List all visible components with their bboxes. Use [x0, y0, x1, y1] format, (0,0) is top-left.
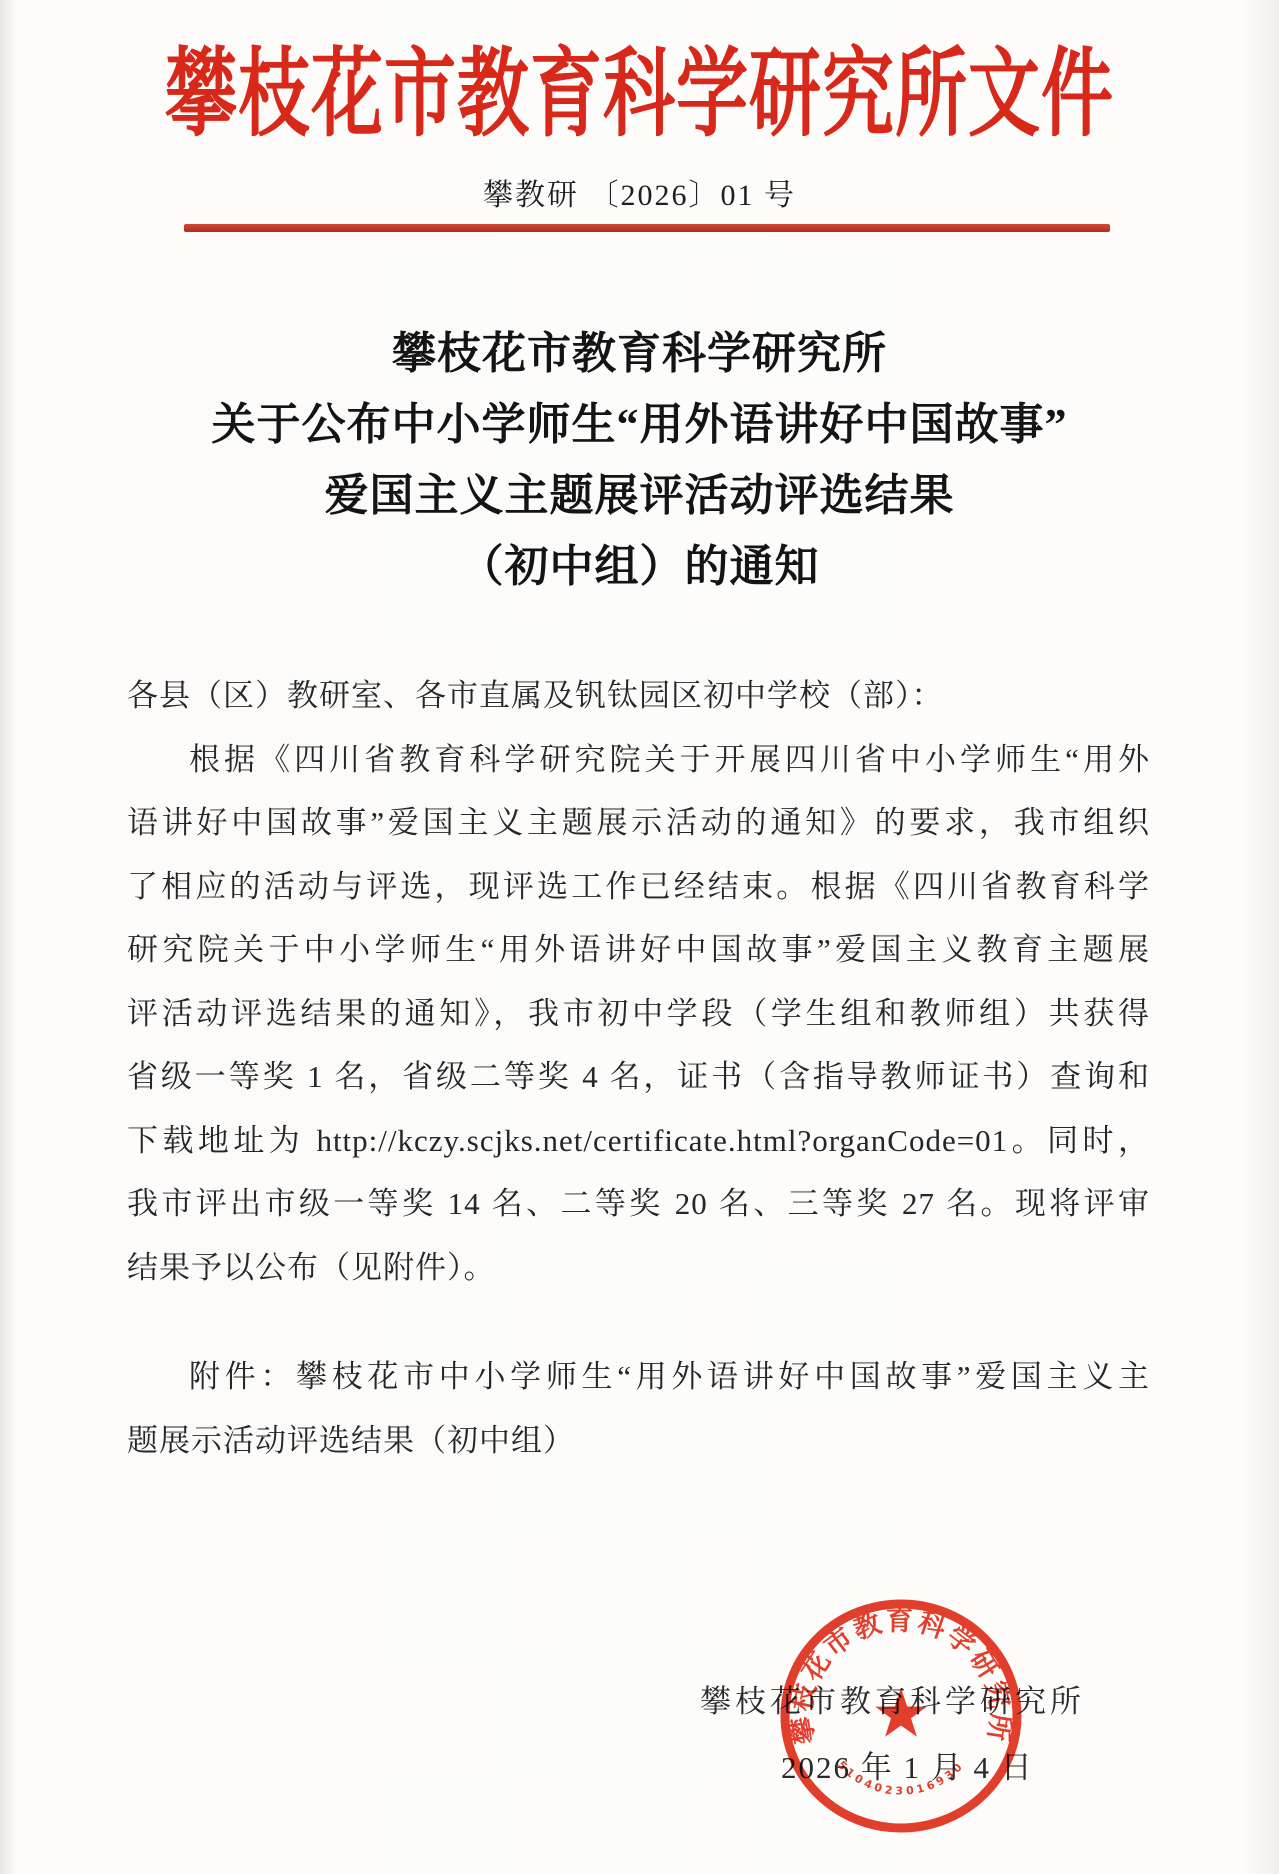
seal-serial-number: 5104023016930 — [835, 1758, 967, 1797]
notice-title-line: 攀枝花市教育科学研究所 — [64, 318, 1215, 389]
paragraph-line: 我市评出市级一等奖 14 名、二等奖 20 名、三等奖 27 名。现将评审 — [127, 1172, 1150, 1236]
document-page: 攀枝花市教育科学研究所文件 攀教研 〔2026〕01 号 攀枝花市教育科学研究所… — [0, 0, 1279, 1874]
salutation: 各县（区）教研室、各市直属及钒钛园区初中学校（部）： — [127, 664, 1150, 728]
paragraph-line: 根据《四川省教育科学研究院关于开展四川省中小学师生“用外 — [127, 728, 1150, 792]
paragraph-line: 省级一等奖 1 名，省级二等奖 4 名，证书（含指导教师证书）查询和 — [127, 1045, 1150, 1109]
notice-title-line: 关于公布中小学师生“用外语讲好中国故事” — [64, 389, 1215, 460]
red-divider-line — [184, 224, 1110, 232]
paragraph-line: 研究院关于中小学师生“用外语讲好中国故事”爱国主义教育主题展 — [127, 918, 1150, 982]
notice-title: 攀枝花市教育科学研究所 关于公布中小学师生“用外语讲好中国故事” 爱国主义主题展… — [64, 318, 1215, 602]
paragraph-line: 评活动评选结果的通知》，我市初中学段（学生组和教师组）共获得 — [127, 982, 1150, 1046]
paragraph-line-url: 下载地址为 http://kczy.scjks.net/certificate.… — [127, 1109, 1150, 1173]
paragraph-line: 了相应的活动与评选，现评选工作已经结束。根据《四川省教育科学 — [127, 855, 1150, 919]
attachment-note: 附件：攀枝花市中小学师生“用外语讲好中国故事”爱国主义主 题展示活动评选结果（初… — [127, 1345, 1150, 1472]
paragraph-line: 结果予以公布（见附件）。 — [127, 1236, 1150, 1300]
notice-title-line: （初中组）的通知 — [64, 531, 1215, 602]
notice-title-line: 爱国主义主题展评活动评选结果 — [64, 460, 1215, 531]
attachment-line: 题展示活动评选结果（初中组） — [127, 1409, 1150, 1473]
doc-number: 攀教研 〔2026〕01 号 — [0, 170, 1279, 214]
attachment-line: 附件：攀枝花市中小学师生“用外语讲好中国故事”爱国主义主 — [127, 1345, 1150, 1409]
seal-star-icon — [875, 1688, 926, 1737]
letterhead-org-title: 攀枝花市教育科学研究所文件 — [0, 16, 1279, 155]
official-seal: 攀枝花市教育科学研究所 5104023016930 — [778, 1598, 1024, 1836]
notice-body: 各县（区）教研室、各市直属及钒钛园区初中学校（部）： 根据《四川省教育科学研究院… — [127, 664, 1150, 1299]
paragraph-line: 语讲好中国故事”爱国主义主题展示活动的通知》的要求，我市组织 — [127, 791, 1150, 855]
